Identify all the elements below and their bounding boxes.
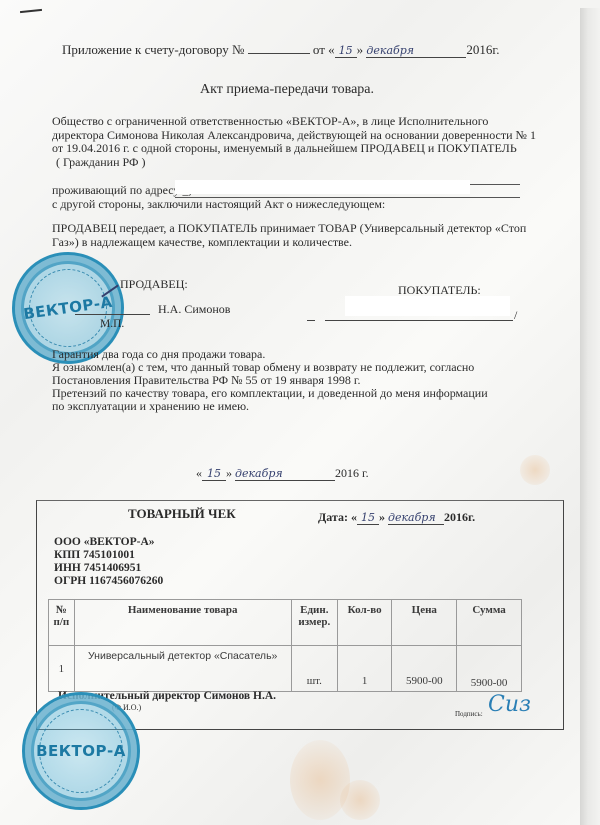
- buyer-signature-line: [325, 320, 513, 321]
- receipt-date-close: »: [379, 510, 385, 524]
- items-header-row: № п/п Наименование товара Един. измер. К…: [49, 600, 522, 646]
- col-sum: Сумма: [457, 600, 522, 646]
- buyer-name-redaction: [345, 296, 510, 316]
- paper-stain: [520, 455, 550, 485]
- seller-name: Н.А. Симонов: [158, 302, 230, 317]
- intro-line-1: Общество с ограниченной ответственностью…: [52, 115, 557, 129]
- document-title: Акт приема-передачи товара.: [200, 82, 374, 98]
- intro-line-3: от 19.04.2016 г. с одной стороны, именуе…: [52, 141, 517, 156]
- col-qty: Кол-во: [337, 600, 391, 646]
- appendix-line: Приложение к счету-договору № от «15» де…: [62, 42, 500, 58]
- receipt-kpp: КПП 745101001: [54, 549, 135, 561]
- paper-stain: [340, 780, 380, 820]
- receipt-inn: ИНН 7451406951: [54, 562, 141, 574]
- signature-label: Подпись:: [455, 710, 483, 718]
- other-side-text: с другой стороны, заключили настоящий Ак…: [52, 197, 385, 212]
- row-product-name: Универсальный детектор «Спасатель»: [74, 646, 291, 692]
- receipt-date-day: 15: [357, 511, 379, 525]
- company-stamp-receipt: ВЕКТОР-А: [22, 692, 140, 810]
- receipt-title: ТОВАРНЫЙ ЧЕК: [128, 506, 236, 522]
- page-edge: [580, 8, 600, 825]
- receipt-date-year: 2016г.: [444, 510, 475, 524]
- appendix-prefix: Приложение к счету-договору №: [62, 42, 244, 57]
- receipt-date: Дата: «15» декабря2016г.: [318, 510, 475, 525]
- row-number: 1: [49, 646, 75, 692]
- stamp-text: ВЕКТОР-А: [25, 742, 137, 760]
- appendix-year: 2016г.: [466, 42, 499, 57]
- act-date: «15» декабря2016 г.: [196, 466, 369, 481]
- appendix-from: от «: [313, 42, 335, 57]
- seller-signature-line: [75, 314, 150, 315]
- intro-line-4: ( Гражданин РФ ): [56, 155, 145, 170]
- act-date-day: 15: [202, 467, 226, 481]
- transfer-line-1: ПРОДАВЕЦ передает, а ПОКУПАТЕЛЬ принимае…: [52, 221, 526, 236]
- handwritten-signature: Сиз: [488, 692, 531, 717]
- receipt-date-month: декабря: [388, 511, 444, 525]
- col-unit: Един. измер.: [291, 600, 337, 646]
- receipt-date-label: Дата:: [318, 510, 348, 524]
- appendix-day: 15: [335, 44, 357, 58]
- col-number: № п/п: [49, 600, 75, 646]
- seller-label: ПРОДАВЕЦ:: [120, 277, 188, 292]
- invoice-number-blank: [248, 53, 310, 54]
- col-price: Цена: [392, 600, 457, 646]
- buyer-slash: /: [514, 308, 517, 323]
- transfer-line-2: Газ») в надлежащем качестве, комплектаци…: [52, 235, 352, 250]
- row-qty: 1: [337, 646, 391, 692]
- buyer-dash: [307, 320, 315, 321]
- act-date-close: »: [226, 466, 232, 480]
- row-sum: 5900-00: [457, 646, 522, 692]
- act-date-month: декабря: [235, 467, 335, 481]
- address-label: проживающий по адресу:_,: [52, 183, 192, 198]
- seal-label: М.П.: [100, 318, 124, 330]
- col-name: Наименование товара: [74, 600, 291, 646]
- receipt-company: ООО «ВЕКТОР-А»: [54, 536, 155, 548]
- address-redaction: [175, 180, 470, 194]
- act-date-year: 2016 г.: [335, 466, 369, 480]
- row-price: 5900-00: [392, 646, 457, 692]
- table-row: 1 Универсальный детектор «Спасатель» шт.…: [49, 646, 522, 692]
- row-unit: шт.: [291, 646, 337, 692]
- items-table: № п/п Наименование товара Един. измер. К…: [48, 599, 522, 692]
- receipt-ogrn: ОГРН 1167456076260: [54, 575, 163, 587]
- appendix-month: декабря: [366, 44, 466, 58]
- appendix-quote-close: »: [357, 42, 364, 57]
- terms-line-5: по эксплуатации и хранению не имею.: [52, 399, 249, 414]
